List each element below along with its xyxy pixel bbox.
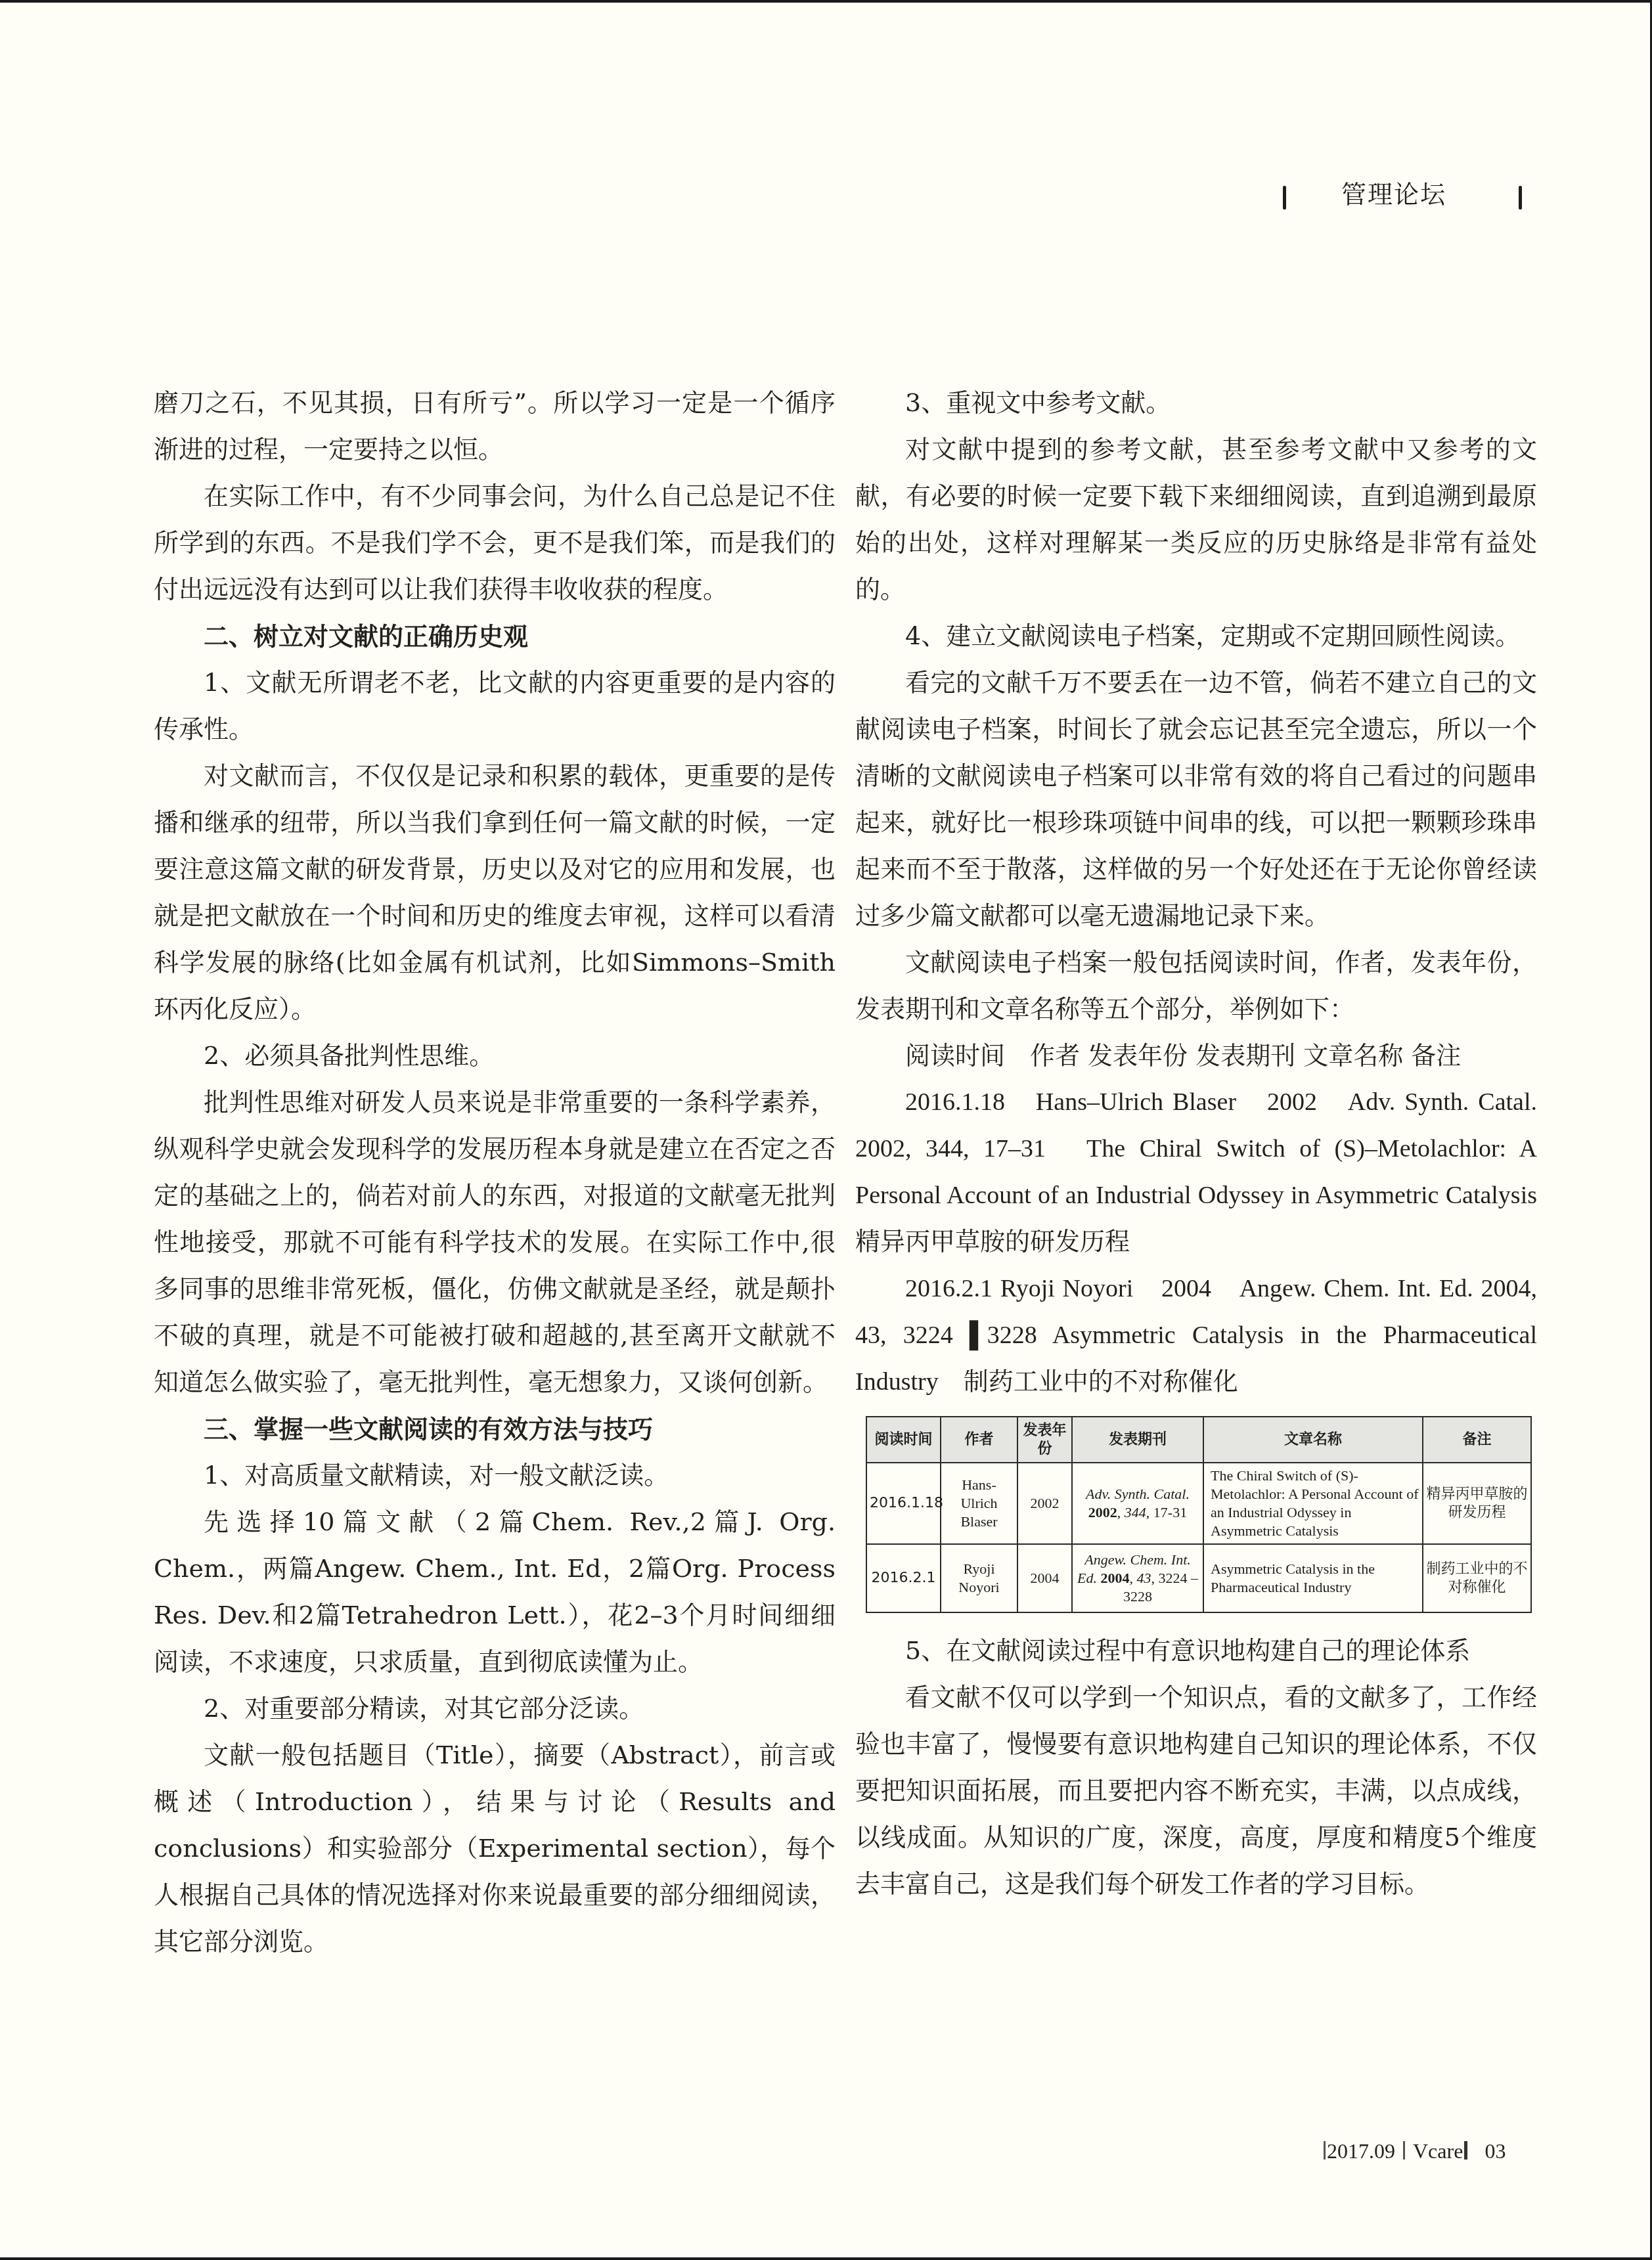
column-header-year: 发表年份 [1017, 1417, 1072, 1463]
archive-fields-line: 阅读时间 作者 发表年份 发表期刊 文章名称 备注 [855, 1032, 1537, 1079]
cell-title: Asymmetric Catalysis in the Pharmaceutic… [1203, 1544, 1423, 1612]
footer-magazine: Vcare [1413, 2139, 1463, 2163]
section-title: 管理论坛 [1341, 174, 1446, 210]
journal-pages: 3224 –3228 [1123, 1570, 1198, 1605]
page-footer: 2017.09Vcare03 [1324, 2139, 1506, 2165]
paragraph: 看完的文献千万不要丢在一边不管，倘若不建立自己的文献阅读电子档案，时间长了就会忘… [855, 659, 1537, 939]
cell-note: 精异丙甲草胺的研发历程 [1423, 1463, 1531, 1544]
cell-title: The Chiral Switch of (S)-Metolachlor: A … [1203, 1463, 1423, 1544]
table-row: 2016.2.1 Ryoji Noyori 2004 Angew. Chem. … [866, 1544, 1531, 1612]
right-column: 3、重视文中参考文献。 对文献中提到的参考文献，甚至参考文献中又参考的文献，有必… [855, 380, 1537, 1907]
footer-issue: 2017.09 [1327, 2139, 1395, 2163]
paragraph: 在实际工作中，有不少同事会问，为什么自己总是记不住所学到的东西。不是我们学不会，… [154, 473, 836, 613]
journal-year: 2004 [1100, 1570, 1129, 1586]
journal-volume: 43 [1136, 1570, 1151, 1586]
cell-note: 制药工业中的不对称催化 [1423, 1544, 1531, 1612]
cell-year: 2004 [1017, 1544, 1072, 1612]
section-header: 管理论坛 [1281, 167, 1530, 207]
column-header-author: 作者 [941, 1417, 1017, 1463]
footer-divider [1464, 2141, 1467, 2160]
section-heading-3: 三、掌握一些文献阅读的有效方法与技巧 [154, 1406, 836, 1452]
paragraph: 1、对高质量文献精读，对一般文献泛读。 [154, 1452, 836, 1499]
footer-page-number: 03 [1485, 2139, 1506, 2163]
paragraph: 对文献中提到的参考文献，甚至参考文献中又参考的文献，有必要的时候一定要下载下来细… [855, 426, 1537, 613]
cell-author: Ryoji Noyori [941, 1544, 1017, 1612]
paragraph: 文献阅读电子档案一般包括阅读时间，作者，发表年份，发表期刊和文章名称等五个部分，… [855, 939, 1537, 1032]
archive-example-1: 2016.1.18 Hans–Ulrich Blaser 2002 Adv. S… [855, 1079, 1537, 1266]
paragraph: 看文献不仅可以学到一个知识点，看的文献多了，工作经验也丰富了，慢慢要有意识地构建… [855, 1674, 1537, 1907]
archive-example-2: 2016.2.1 Ryoji Noyori 2004 Angew. Chem. … [855, 1266, 1537, 1406]
header-divider-left [1283, 186, 1286, 210]
paragraph: 1、文献无所谓老不老，比文献的内容更重要的是内容的传承性。 [154, 659, 836, 753]
paragraph: 3、重视文中参考文献。 [855, 380, 1537, 426]
left-column: 磨刀之石，不见其损，日有所亏”。所以学习一定是一个循序渐进的过程，一定要持之以恒… [154, 380, 836, 1965]
column-header-read-date: 阅读时间 [866, 1417, 941, 1463]
paragraph: 4、建立文献阅读电子档案，定期或不定期回顾性阅读。 [855, 613, 1537, 659]
column-header-note: 备注 [1423, 1417, 1531, 1463]
header-divider-right [1519, 186, 1522, 210]
reference-table: 阅读时间 作者 发表年份 发表期刊 文章名称 备注 2016.1.18 Hans… [866, 1416, 1532, 1613]
journal-name: Adv. Synth. Catal. [1086, 1486, 1190, 1502]
reference-table-wrapper: 阅读时间 作者 发表年份 发表期刊 文章名称 备注 2016.1.18 Hans… [866, 1416, 1530, 1613]
cell-read-date: 2016.1.18 [866, 1463, 941, 1544]
cell-journal: Angew. Chem. Int. Ed. 2004, 43, 3224 –32… [1072, 1544, 1203, 1612]
cell-read-date: 2016.2.1 [866, 1544, 941, 1612]
journal-volume: 344 [1125, 1504, 1146, 1520]
paragraph: 5、在文献阅读过程中有意识地构建自己的理论体系 [855, 1628, 1537, 1674]
paragraph: 批判性思维对研发人员来说是非常重要的一条科学素养，纵观科学史就会发现科学的发展历… [154, 1079, 836, 1406]
paragraph: 2、必须具备批判性思维。 [154, 1032, 836, 1079]
footer-divider [1403, 2141, 1405, 2160]
column-header-journal: 发表期刊 [1072, 1417, 1203, 1463]
paragraph: 先选择10篇文献（2篇Chem. Rev.,2篇J. Org. Chem.，两篇… [154, 1499, 836, 1685]
column-header-title: 文章名称 [1203, 1417, 1423, 1463]
cell-author: Hans-Ulrich Blaser [941, 1463, 1017, 1544]
cell-journal: Adv. Synth. Catal. 2002, 344, 17-31 [1072, 1463, 1203, 1544]
journal-pages: 17-31 [1153, 1504, 1187, 1520]
table-row: 2016.1.18 Hans-Ulrich Blaser 2002 Adv. S… [866, 1463, 1531, 1544]
paragraph: 文献一般包括题目（Title），摘要（Abstract），前言或概述（Intro… [154, 1732, 836, 1965]
section-heading-2: 二、树立对文献的正确历史观 [154, 613, 836, 659]
paragraph: 对文献而言，不仅仅是记录和积累的载体，更重要的是传播和继承的纽带，所以当我们拿到… [154, 753, 836, 1032]
table-header-row: 阅读时间 作者 发表年份 发表期刊 文章名称 备注 [866, 1417, 1531, 1463]
footer-divider [1324, 2141, 1326, 2160]
paragraph: 2、对重要部分精读，对其它部分泛读。 [154, 1685, 836, 1732]
journal-year: 2002 [1088, 1504, 1117, 1520]
cell-year: 2002 [1017, 1463, 1072, 1544]
paragraph-continued: 磨刀之石，不见其损，日有所亏”。所以学习一定是一个循序渐进的过程，一定要持之以恒… [154, 380, 836, 473]
